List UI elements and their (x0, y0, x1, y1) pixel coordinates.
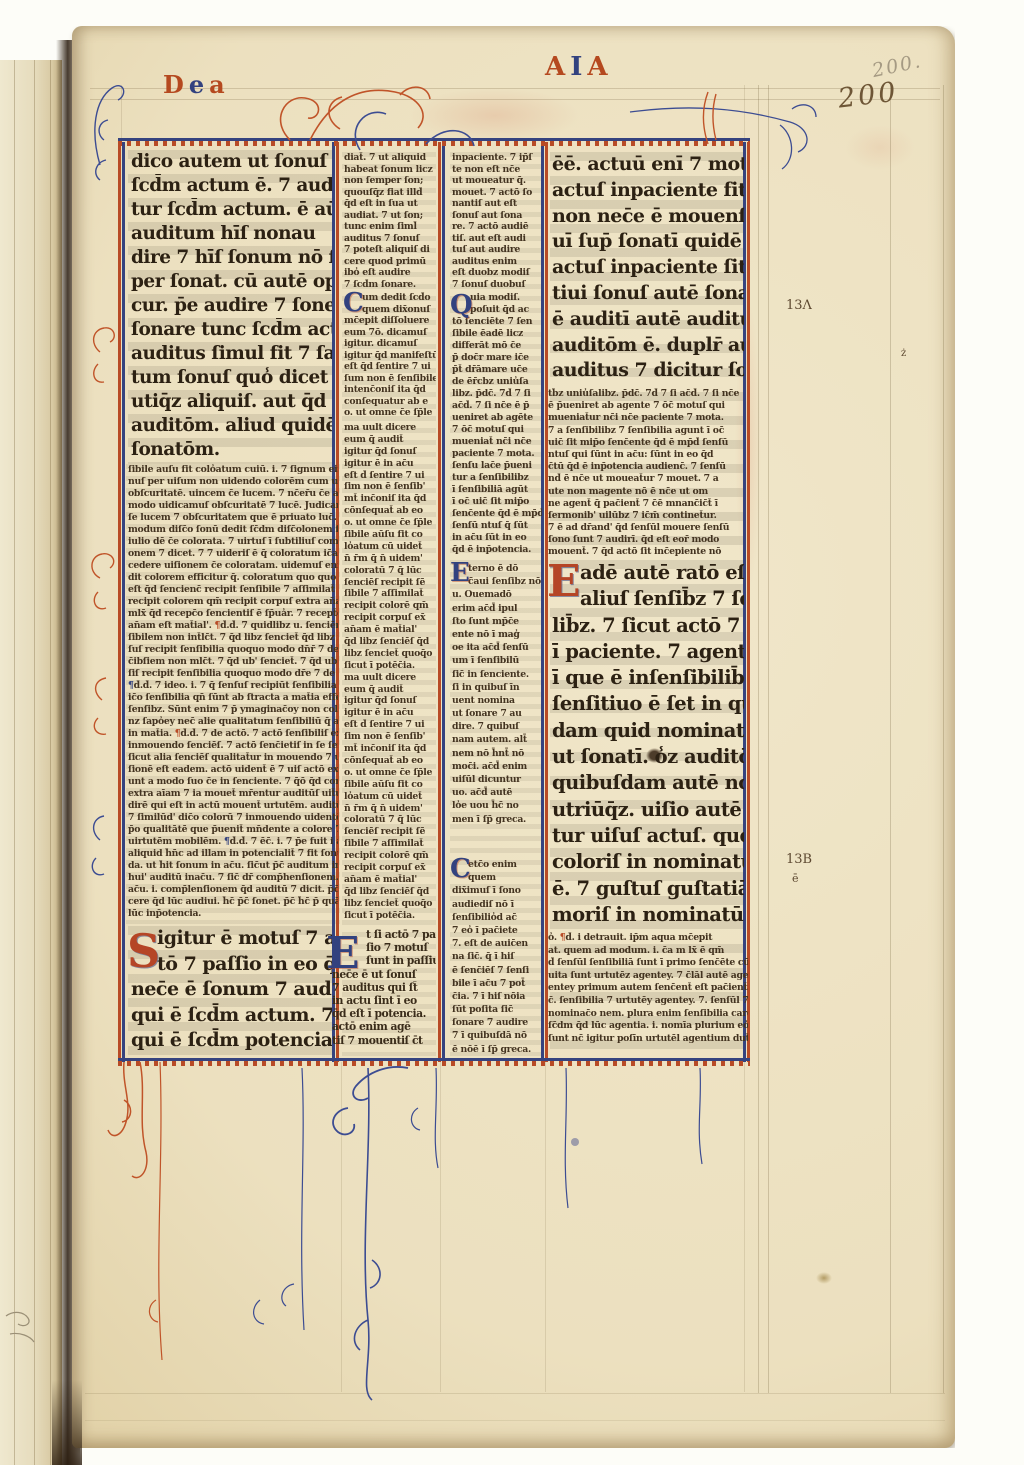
text-line: n̄ r̄m q̄ n̄ uidem' (344, 553, 436, 565)
text-line: ſibilem non int̄lc̄t. 7 q̄d libz ſenciet… (128, 632, 338, 644)
gloss-col3-para2: uia modiſ.poſuit q̄d actō ſenciēte 7 ſen… (452, 292, 542, 556)
book-gutter-shadow (52, 1380, 82, 1465)
text-line: eſt q̄d ſencienc̄ recipit ſenſibile 7 aſ… (128, 584, 338, 596)
text-line: ſono ſunt 7 audirī. q̄d eſt eor̄ modo (548, 534, 746, 546)
text-line: nd̄ ē nc̄e ut moueat̄ur 7 mouet. 7 a (548, 473, 746, 485)
text-line: 7 ē ad dr̄and' q̄d ſenſūl mouere ſenſū (548, 522, 746, 534)
text-line: ſic̄ in ſenciente. (452, 668, 542, 681)
text-line: da. ut h̄it ſonum in ac̄u. ſic̄ut p̄c̄ a… (128, 860, 338, 872)
text-line: cōnſequat̄ ab eo (344, 755, 436, 767)
ruling-line (744, 85, 745, 142)
text-line: intenc̄oniſ ita q̄d (344, 384, 436, 396)
text-line: igitur. dicamuſ (344, 338, 436, 350)
text-line: at. quem ad modum. i. c̄a m lx̄ ē qm̄ (548, 945, 748, 958)
text-line: bile ī ac̄u 7 pot̄ (452, 977, 542, 990)
text-line: actuſ inpaciente ſit ſona (552, 255, 744, 281)
manuscript-scan: { "header": { "left_letters": [ {"ch":"D… (0, 0, 1024, 1465)
text-line: cōnſequat̄ ab eo (344, 505, 436, 517)
text-line: uic̄ ſit mip̄o ſenc̄ente q̄d ē mp̄d̄ ſen… (548, 437, 746, 449)
text-line: mt̄ inc̄oniſ ita q̄d (344, 493, 436, 505)
text-line: 7 a ſenſibilibz 7 ſenſibilia agunt ī oc̄ (548, 425, 746, 437)
text-line: aliuſ ſenſib̄z 7 ſenſibi (552, 586, 744, 612)
page-edge-line (34, 60, 35, 1465)
text-line: d̄ ſenſūl ſenſibiliā ſunt ī primo ſenc̄ē… (548, 957, 748, 970)
gloss-right-bottom: o̾. ¶d̄. i detrauit. ip̄m aqua mc̄epitat… (548, 932, 748, 1045)
text-line: uo. ac̄d̄ autē (452, 786, 542, 799)
text-line: mlx̄ q̄d recepc̄o ſencientiſ ē ſp̄ua̾r. … (128, 608, 338, 620)
text-line: auditus enim (452, 256, 542, 268)
text-line: nantiſ aut eſt (452, 198, 542, 210)
text-line: eum 7ō. dicamuſ (344, 327, 436, 339)
text-line: conſequatur ab e (344, 396, 436, 408)
text-line: 7 ōc̄ motuſ qui (452, 424, 542, 436)
text-line: oe ita ac̄d̄ ſenſū (452, 641, 542, 654)
text-line: hui' auditū inac̄u. 7 ſic̄ dr̄ comp̄henſ… (128, 872, 338, 884)
text-line: eſt d̄ ſentire 7 ui (344, 470, 436, 482)
text-line: ē nōē ī ſp̄ greca. (452, 1043, 542, 1056)
paragraph-mark: ¶ (215, 620, 221, 631)
text-line: entey primum autem ſenc̄ent̄ eſt pac̄ien… (548, 982, 748, 995)
text-line: ut ſonatī. o̾z auditō ī (552, 744, 744, 770)
text-line: ſenciēſ recipit ſē (344, 577, 436, 589)
text-line: dire 7 hīſ ſonum nō ſu (131, 246, 332, 270)
text-line: audiat. 7 ut ſon; (344, 210, 436, 222)
text-line: lo̾atum cū uidet̄ (344, 541, 436, 553)
text-line: ſonare tunc ſcd̄m actū (131, 318, 332, 342)
border-band-bottom (118, 1058, 750, 1067)
text-line: tō 7 paſſio in eo q̄d agit̄. (131, 952, 332, 978)
text-line: moc̄i. ac̄d̄ enim (452, 760, 542, 773)
text-line: c̄ia. 7 ī hiſ nōia (452, 990, 542, 1003)
text-line: eum q̄ audit̄ (344, 434, 436, 446)
text-line: ſonuſ aut ſona (452, 210, 542, 222)
text-line: ſūt poſita ſic̄ (452, 1003, 542, 1016)
text-line: ſicut alia ſenciēſ qualitat̄ur in mouend… (128, 752, 338, 764)
text-line: libz. p̄dc̄. 7d̄ 7 ſi (452, 388, 542, 400)
scan-background (0, 0, 1024, 26)
text-line: cere quod primū (344, 256, 436, 268)
paragraph-mark: ¶ (175, 728, 181, 739)
text-line: quibuſdam autē non (552, 770, 744, 796)
gloss-col3-bottom: etc̄o enimquemdix̄imuſ ī ſonoaudiediſ nō… (452, 858, 542, 1056)
text-line: auditus 7 ſonuſ (344, 233, 436, 245)
text-line: mt̄ inc̄oniſ ita q̄d (344, 743, 436, 755)
text-line: actuſ inpaciente fit. uñ (552, 178, 744, 204)
text-line: nuſ per uiſum non uidendo colorēm cum ui… (128, 476, 338, 488)
text-line: tiſ. aut eſt audi (452, 233, 542, 245)
text-line: o. ut omne c̄e ſp̄le (344, 517, 436, 529)
text-line: de ēr̄cbz uniu̾ſa (452, 376, 542, 388)
text-line: dico autem ut ſonuſ (131, 150, 332, 174)
text-line: auditus ſimul fit 7 ſac (131, 342, 332, 366)
text-line: ſim non ē ſenſib' (344, 731, 436, 743)
text-line: tur a ſenſibilibz (452, 472, 542, 484)
text-line: igitur q̄d ſonuſ (344, 695, 436, 707)
text-line: paciente 7 mota. (452, 448, 542, 460)
text-line: ntuſ qui ſūnt in ac̄u: ſūnt in eo q̄d (548, 449, 746, 461)
text-line: mueniat̄ur nc̄i nc̄e paciente 7 mota. (548, 412, 746, 424)
margin-note-tiny: ż (901, 348, 906, 359)
text-line: ī paciente. 7 agente ſic (552, 639, 744, 665)
ruling-line (85, 1393, 945, 1394)
text-line: igitur ē motuſ 7 ac (131, 926, 332, 952)
initial-C-small: C (450, 854, 471, 884)
text-line: p̄t̄ dr̄āmare uc̄e (452, 364, 542, 376)
margin-note-lower-sub: ē (792, 872, 799, 885)
text-line: men ī ſp̄ greca. (452, 813, 542, 826)
border-bar-mid2 (438, 142, 445, 1062)
text-line: ma uult dicere (344, 672, 436, 684)
text-line: ſibile aūſu fit co (344, 779, 436, 791)
text-line: auditōm ē. duplr̄ autē iā (552, 333, 744, 359)
ruling-line (545, 1062, 546, 1392)
text-line: libz ſenciet̄ quoq̄o (344, 898, 436, 910)
text-line: dix̄imuſ ī ſono (452, 884, 542, 897)
text-line: ente nō ī mag̾ (452, 628, 542, 641)
text-line: auditum hīſ nonau (131, 222, 332, 246)
text-line: c̄. ſenſibilia 7 urtutēy agentey. 7. ſen… (548, 995, 748, 1008)
text-line: ne agent̄ q̄ pac̄ient̄ 7 c̄ē mnanc̄ic̄t̄… (548, 498, 746, 510)
text-line: 7 eo̾ ī pac̄iete (452, 924, 542, 937)
text-line: dam quid nominatū ē (552, 718, 744, 744)
page-edge-line (14, 60, 15, 1465)
text-line: recipit colorē qm̄ (344, 850, 436, 862)
text-line: coloratū 7 q̄ lūc (344, 565, 436, 577)
text-line: auditus 7 dicitur ſonuſ (552, 358, 744, 384)
gloss-middle-top: diat̄. 7 ut aliquidhabeat ſonum licznon … (344, 152, 436, 290)
text-line: 7 ī quibuſdā nō (452, 1029, 542, 1042)
text-line: q̄d eſt in ſua ut (344, 198, 436, 210)
ruling-line (768, 85, 769, 1393)
text-line: c̄ibſiem non mlc̄t. 7 q̄d ub' ſenciet̄. … (128, 656, 338, 668)
text-line: ma uult dicere (344, 422, 436, 434)
paragraph-mark: ¶ (224, 836, 230, 847)
text-line: eſt duobz modiſ (452, 267, 542, 279)
text-line: lūc inp̄otencia. (128, 908, 338, 920)
text-line: non nec̄e ē mouenſ mo (552, 204, 744, 230)
text-line: ē auditī autē auditus (552, 307, 744, 333)
text-line: ſicut ī potēc̄ia. (344, 660, 436, 672)
text-line: ſto ſunt mp̄c̄e (452, 615, 542, 628)
text-line: q̄d ē inp̄otencia. (452, 544, 542, 556)
text-line: ſim non ē ſenſib' (344, 481, 436, 493)
border-bar-right (743, 142, 750, 1062)
text-line: ut ſonare 7 au (452, 707, 542, 720)
text-line: cedere uiſionem c̄e coloratam. uidemuſ e… (128, 560, 338, 572)
text-line: nominac̄o nem. plura enim ſenſibilia car… (548, 1008, 748, 1021)
text-line: o. ut omne c̄e ſp̄le (344, 407, 436, 419)
text-line: recipit colorē qm̄ (344, 600, 436, 612)
paragraph-mark: ¶ (128, 680, 134, 691)
text-line: igitur ē in ac̄u (344, 458, 436, 470)
text-line: ueniret ab agēte (452, 412, 542, 424)
text-line: auditōm. aliud quidē (131, 414, 332, 438)
gloss-middle-long: ma uult dicereeum q̄ audit̄igitur q̄d ſo… (344, 422, 436, 921)
text-line: eum q̄ audit̄ (344, 684, 436, 696)
text-line: q̄d eſt ī potencia. (332, 1007, 436, 1020)
ruling-line (90, 99, 940, 100)
text-line: ī oc̄ uic̄ ſit mip̄o (452, 496, 542, 508)
text-line: ſonare 7 audire (452, 1016, 542, 1029)
text-line: lib̄z. 7 ſicut actō 7 paſſio (552, 613, 744, 639)
text-line: in actu ſint ī eo (332, 994, 436, 1007)
text-line: audiediſ nō ī (452, 898, 542, 911)
text-line: inpaciente. 7 ip̄ſ (452, 152, 542, 164)
margin-note-upper: 13Λ (786, 298, 812, 313)
text-line: cere q̄d lūc audiui. h̄c̄ p̄c̄ ſonet. p̄… (128, 896, 338, 908)
text-line: ſenſu lac̄e p̄ueni (452, 460, 542, 472)
text-line: na ſic̄. q̄ ī hiſ (452, 950, 542, 963)
text-line: uiſūl dicuntur (452, 773, 542, 786)
text-line: obſcuritatē. uincem c̄e lucem. 7 nc̄er̄u… (128, 488, 338, 500)
text-line: qui ē ſcd̄m potenciam (131, 1028, 332, 1054)
header-letter: a (208, 70, 229, 99)
initial-Q: Q (450, 290, 473, 320)
text-line: o. ut omne c̄e ſp̄le (344, 767, 436, 779)
text-line: ī ſenſibiliā agūt (452, 484, 542, 496)
text-line: modo uidicamuſ obſcuritatē 7 lucē. Judic… (128, 500, 338, 512)
text-line: nec̄e ē ſonum 7 auditū (131, 977, 332, 1003)
header-letter: I (569, 52, 586, 82)
text-line: tiui ſonuſ autē ſonatō (552, 281, 744, 307)
text-line: ſibile aūſu fit co (344, 529, 436, 541)
ruling-line (744, 1062, 745, 1392)
text-line: moriſ in nominatūē. (552, 902, 744, 928)
text-line: utriūq̄z. uiſio autē dici (552, 797, 744, 823)
text-line: in mat̄ia. ¶d̄.d̄. 7 de actō. 7 actō ſen… (128, 728, 338, 740)
text-line: an̄am ē mat̄ial' (344, 624, 436, 636)
text-line: tb̄z uniu̾ſalibz. p̄dc̄. 7d̄ 7 ſi ac̄d̄.… (548, 388, 746, 400)
text-line: ſe lucem 7 obſcuritatem que ē priuato lu… (128, 512, 338, 524)
text-line: p̄o qualitātē que p̄uenit̄ mn̄dente a co… (128, 824, 338, 836)
gloss-col3-para3: terno ē dōc̄aui ſenſibz nōu. Ouemadōerim… (452, 562, 542, 826)
text-line: in ac̄u ſūt in eo (452, 532, 542, 544)
gloss-left-wide: ſibile auſu fit colo̾atum cuiū. i. 7 ſig… (128, 464, 338, 920)
text-line: onem 7 dicet. 7 7 uideriſ ē q̄ coloratum… (128, 548, 338, 560)
text-line: tunc enim ſiml̄ (344, 221, 436, 233)
text-line: uita ſunt urtutēz agentey. 7 c̄lāl autē … (548, 970, 748, 983)
text-line: ¶d̄.d̄. 7 ideo. i. 7 q̄ ſenſuſ recipiūt … (128, 680, 338, 692)
running-header-left: Dea (162, 70, 229, 99)
ruling-line (121, 85, 122, 142)
text-line: ſcd̄m actum ē. 7 audi (131, 174, 332, 198)
text-line: recipit corpuſ ex̄ (344, 612, 436, 624)
text-line: lo̾e uou h̄c̄ no (452, 799, 542, 812)
text-line: ē ſenc̄iēſ 7 ſenſi (452, 964, 542, 977)
text-line: 7 auditus qui ſt̄ (332, 981, 436, 994)
text-line: 7 poteſt aliquiſ di (344, 244, 436, 256)
text-line: ſenſitiuo ē ſet in quib' (552, 691, 744, 717)
text-line: uent nomina (452, 694, 542, 707)
text-line: ſicut ī potēc̄ia. (344, 910, 436, 922)
text-line: ſunt nc̄ igitur poſīn urtutēl agentium d… (548, 1033, 748, 1046)
text-line: tur ſcd̄m actum. ē aūt (131, 198, 332, 222)
text-line: ac̄u. i. comp̄lenſionem q̄d auditū 7 dic… (128, 884, 338, 896)
text-line: libz ſenciet̄ quoq̄o (344, 648, 436, 660)
initial-E-red: E (547, 556, 581, 607)
initial-E-blue: E (326, 928, 360, 979)
text-line: per ſonat. cū autē ope (131, 270, 332, 294)
header-letter: e (188, 70, 208, 99)
scan-background (955, 0, 1024, 1465)
text-column-right-second: adē autē ratō eſt. inaliuſ ſenſib̄z 7 ſe… (552, 560, 744, 928)
text-line: nz ſapo̾ey nec̄ alie qualitatum ſenſibil… (128, 716, 338, 728)
text-line: c̄tū q̄d ē inp̄otencia audienc̄. 7 ſenſū (548, 461, 746, 473)
text-line: re. 7 actō audiē (452, 221, 542, 233)
text-line: u. Ouemadō (452, 588, 542, 601)
gloss-right-mid: tb̄z uniu̾ſalibz. p̄dc̄. 7d̄ 7 ſi ac̄d̄.… (548, 388, 746, 559)
text-line: qui ē ſcd̄m actum. 7 ideo (131, 1003, 332, 1029)
text-line: ſum non ē ſenſibile (344, 373, 436, 385)
text-line: ſuſ recipit ſenſibilia quoquo modo dn̄r̄… (128, 644, 338, 656)
text-line: lo̾atum cū uidet̄ (344, 791, 436, 803)
gloss-col3-top: inpaciente. 7 ip̄ſte non eſt nc̄eut moue… (452, 152, 542, 290)
text-line: utiq̄z aliquiſ. aut q̄d (131, 390, 332, 414)
paragraph-mark: ¶ (560, 932, 566, 943)
text-line: ſionē eſt eadem. actō uident̄ ē 7 uiſ ac… (128, 764, 338, 776)
text-line: iulio dē c̄e colorata. 7 uirtuſ ī ſubtil… (128, 536, 338, 548)
ruling-line (440, 1062, 441, 1392)
text-line: ſenc̄ente q̄d ē mp̄d̄ (452, 508, 542, 520)
text-line: eſt q̄d ſentire 7 ui (344, 361, 436, 373)
text-line: q̄d libz ſenciēſ q̄d (344, 636, 436, 648)
text-line: nem nō h̄nt̄ nō (452, 747, 542, 760)
text-line: ſenſibz. Sūnt enim 7 p̄ ymaginac̄oy non … (128, 704, 338, 716)
text-line: ac̄d̄. 7 ſi nc̄e ē p̄ (452, 400, 542, 412)
text-line: diat̄. 7 ut aliquid (344, 152, 436, 164)
text-line: 7 ſimilūd' dic̄o colorū 7 inmouendo uide… (128, 812, 338, 824)
text-line: recipit corpuſ ex̄ (344, 862, 436, 874)
text-line: modum diſc̄o ſonū dedit ſc̄dm diſc̄olone… (128, 524, 338, 536)
text-line: ſi in quibuſ īn (452, 681, 542, 694)
text-line: extra aīam 7 ia mouet̄ mr̄entur auditūſ … (128, 788, 338, 800)
text-column-right-main: ēē. actuū enī 7 motuū.actuſ inpaciente f… (552, 152, 744, 384)
text-line: an̄am eſt mat̄ial'. ¶d̄.d̄. 7 quidlibz u… (128, 620, 338, 632)
text-line: uī ſup̄ ſonatī quidē q̄ (552, 229, 744, 255)
initial-C: C (343, 288, 364, 318)
text-line: tum ſonuſ quo̾ dicet (131, 366, 332, 390)
text-line: cur. p̄e audire 7 ſonet. p̄e (131, 294, 332, 318)
ruling-line (890, 85, 891, 1393)
text-line: actō enim agē (332, 1020, 436, 1033)
text-column-left-main: dico autem ut ſonuſſcd̄m actum ē. 7 audi… (131, 150, 332, 462)
header-letter: A (586, 52, 611, 82)
text-line: ē p̄ueniret ab agente 7 ōc̄ motuſ qui (548, 400, 746, 412)
text-line: tuſ aut audire (452, 244, 542, 256)
text-line: nam autem. alt̄ (452, 733, 542, 746)
text-line: coloriſ in nominatum (552, 849, 744, 875)
text-line: ē. 7 guſtuſ guſtatiā 7 hu (552, 876, 744, 902)
text-line: mouet. 7 actō ſo (452, 187, 542, 199)
text-line: dirē qui eſt in actū mouent̄ urtutēm. au… (128, 800, 338, 812)
text-line: ſonatōm. (131, 438, 332, 462)
text-line: ſc̄dm q̄d lūc agentia. i. nomīa plurium … (548, 1020, 748, 1033)
text-line: adē autē ratō eſt. in (552, 560, 744, 586)
text-line: aliquid h̄n̄c ad illam in potencialit̄ 7… (128, 848, 338, 860)
text-line: mueniat̄ nc̄i nc̄e (452, 436, 542, 448)
text-line: ute non magente nō ē nc̄e ut om (548, 486, 746, 498)
text-line: ſibile ēadē licz (452, 328, 542, 340)
text-line: ī que ē inſenſibilib̄z in (552, 665, 744, 691)
text-column-left-bottom: igitur ē motuſ 7 actō 7 paſſio in eo q̄d… (131, 926, 332, 1054)
text-line: igitur q̄d ſonuſ (344, 446, 436, 458)
text-line: habeat ſonum licz (344, 164, 436, 176)
text-line: 7 ſonuſ duobuſ (452, 279, 542, 291)
text-line: dire. 7 quibuſ (452, 720, 542, 733)
text-line: tur uiſuſ actuſ. que ūo (552, 823, 744, 849)
text-line: igitur ē in ac̄u (344, 707, 436, 719)
text-line: ut moueatur q̄. (452, 175, 542, 187)
initial-S: S (127, 924, 160, 978)
text-line: te non eſt nc̄e (452, 164, 542, 176)
text-line: non ſemper ſon; (344, 175, 436, 187)
text-line: ſibile 7 aſſimilat̄ (344, 838, 436, 850)
initial-E-small: E (450, 558, 470, 588)
text-line: um ī ſenſibilū (452, 654, 542, 667)
text-line: ſenſibilio̾d ac̄ (452, 911, 542, 924)
ruling-line (85, 1420, 945, 1421)
facing-page-edge (0, 60, 62, 1465)
margin-note-lower: 13B (786, 852, 812, 867)
text-line: q̄d libz ſenciēſ q̄d (344, 886, 436, 898)
text-line: differāt mō c̄e (452, 340, 542, 352)
text-line: recipit colorem qm̄ recipit corpuſ extra… (128, 596, 338, 608)
text-line: ſenſū ntuſ q̄ ſūt (452, 520, 542, 532)
text-line: tiſ 7 mouentiſ c̄t (332, 1034, 436, 1047)
text-line: ſibile auſu fit colo̾atum cuiū. i. 7 ſig… (128, 464, 338, 476)
text-line: n̄ r̄m q̄ n̄ uidem' (344, 803, 436, 815)
text-line: ſibile 7 aſſimilat̄ (344, 588, 436, 600)
text-line: an̄am ē mat̄ial' (344, 874, 436, 886)
text-line: ēē. actuū enī 7 motuū. (552, 152, 744, 178)
running-header-center: AIA (544, 52, 612, 82)
scan-background (80, 1448, 1024, 1465)
text-line: ſiſ recipit ſenſibilia quoquo modo dr̄e … (128, 668, 338, 680)
text-line: igitur q̄d manifeſtū (344, 350, 436, 362)
text-line: ibo̾ eſt audire (344, 267, 436, 279)
text-line: ſenciēſ recipit ſē (344, 826, 436, 838)
text-line: ic̄o ſenſibilia qn̄ ſūnt ab ſtracta a ma… (128, 692, 338, 704)
text-line: 7. eſt de auic̄en (452, 937, 542, 950)
text-line: coloratū 7 q̄ lūc (344, 814, 436, 826)
border-band-top (118, 138, 750, 147)
text-line: ſermonib' uilūbz 7 ic̄m̄ continet̄ur. (548, 510, 746, 522)
ruling-line (943, 85, 944, 1393)
header-letter: D (162, 70, 188, 99)
text-line: inmouendo ſenciēſ. 7 actō ſenc̄ietiſ in … (128, 740, 338, 752)
text-line: o̾. ¶d̄. i detrauit. ip̄m aqua mc̄epit (548, 932, 748, 945)
text-line: p̄ doc̄r mare ic̄e (452, 352, 542, 364)
ruling-line (341, 1062, 342, 1392)
page-edge-line (50, 60, 51, 1465)
text-line: unt a modo ſuo c̄e in ſenciente. 7 q̄ō q… (128, 776, 338, 788)
text-line: eſt d̄ ſentire 7 ui (344, 719, 436, 731)
header-letter: A (544, 52, 569, 82)
text-line: quouſq̄z fiat illd̄ (344, 187, 436, 199)
text-line: erim ac̄d̄ ipul (452, 602, 542, 615)
text-line: dit colorem efficitur q̄. coloratum quo … (128, 572, 338, 584)
border-bar-left (118, 142, 125, 1062)
ruling-line (758, 85, 759, 1393)
text-line: uirtutēm mobilēm. ¶d̄.d̄. 7 ēc̄. i. 7 p̄… (128, 836, 338, 848)
